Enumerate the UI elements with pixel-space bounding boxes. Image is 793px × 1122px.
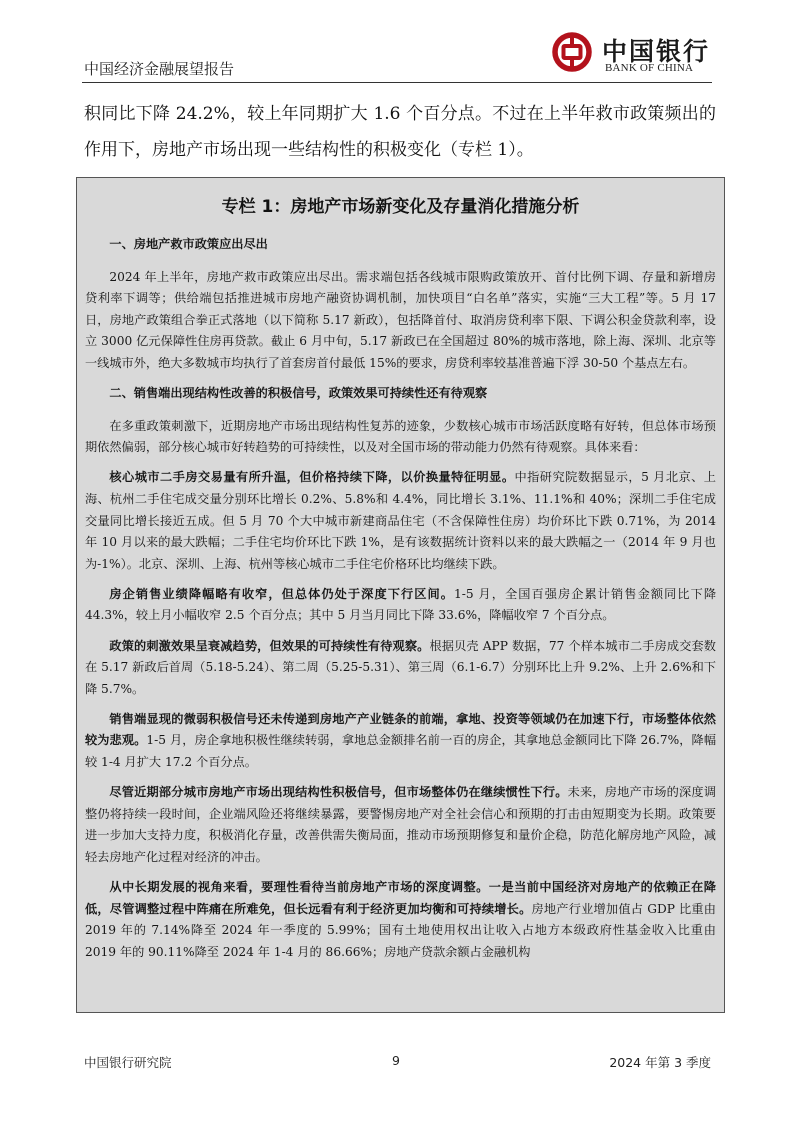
logo-english-name: BANK OF CHINA bbox=[605, 62, 693, 74]
paragraph-lead: 房企销售业绩降幅略有收窄，但总体仍处于深度下行区间。 bbox=[109, 587, 454, 601]
bank-of-china-logo-icon bbox=[552, 32, 592, 72]
header-divider bbox=[82, 82, 712, 83]
paragraph: 销售端显现的微弱积极信号还未传递到房地产产业链条的前端，拿地、投资等领域仍在加速… bbox=[85, 709, 716, 774]
section-heading-1: 一、房地产救市政策应出尽出 bbox=[85, 234, 716, 256]
paragraph: 在多重政策刺激下，近期房地产市场出现结构性复苏的迹象，少数核心城市市场活跃度略有… bbox=[85, 416, 716, 459]
intro-text: 积同比下降 24.2%，较上年同期扩大 1.6 个百分点。不过在上半年救市政策频… bbox=[84, 96, 716, 168]
paragraph: 核心城市二手房交易量有所升温，但价格持续下降，以价换量特征明显。中指研究院数据显… bbox=[85, 467, 716, 575]
paragraph-lead: 尽管近期部分城市房地产市场出现结构性积极信号，但市场整体仍在继续惯性下行。 bbox=[109, 785, 567, 799]
paragraph-lead: 核心城市二手房交易量有所升温，但价格持续下降，以价换量特征明显。 bbox=[109, 470, 514, 484]
paragraph: 2024 年上半年，房地产救市政策应出尽出。需求端包括各线城市限购政策放开、首付… bbox=[85, 267, 716, 375]
paragraph-body: 中指研究院数据显示，5 月北京、上海、杭州二手住宅成交量分别环比增长 0.2%、… bbox=[85, 470, 716, 570]
box-title: 专栏 1：房地产市场新变化及存量消化措施分析 bbox=[77, 192, 724, 217]
paragraph-body: 1-5 月，房企拿地积极性继续转弱，拿地总金额排名前一百的房企，其拿地总金额同比… bbox=[85, 733, 716, 769]
paragraph: 房企销售业绩降幅略有收窄，但总体仍处于深度下行区间。1-5 月，全国百强房企累计… bbox=[85, 584, 716, 627]
sidebar-box-column-1: 专栏 1：房地产市场新变化及存量消化措施分析 一、房地产救市政策应出尽出 202… bbox=[76, 177, 725, 1013]
bank-logo: 中国银行 BANK OF CHINA bbox=[552, 30, 712, 80]
footer-publisher: 中国银行研究院 bbox=[84, 1053, 172, 1071]
paragraph-lead: 政策的刺激效果呈衰减趋势，但效果的可持续性有待观察。 bbox=[109, 639, 429, 653]
paragraph: 尽管近期部分城市房地产市场出现结构性积极信号，但市场整体仍在继续惯性下行。未来，… bbox=[85, 782, 716, 868]
footer-period: 2024 年第 3 季度 bbox=[609, 1053, 711, 1071]
page-number: 9 bbox=[392, 1053, 400, 1068]
paragraph: 政策的刺激效果呈衰减趋势，但效果的可持续性有待观察。根据贝壳 APP 数据，77… bbox=[85, 636, 716, 701]
box-body: 一、房地产救市政策应出尽出 2024 年上半年，房地产救市政策应出尽出。需求端包… bbox=[85, 234, 716, 972]
section-heading-2: 二、销售端出现结构性改善的积极信号，政策效果可持续性还有待观察 bbox=[85, 383, 716, 405]
intro-paragraph: 积同比下降 24.2%，较上年同期扩大 1.6 个百分点。不过在上半年救市政策频… bbox=[84, 96, 716, 168]
paragraph: 从中长期发展的视角来看，要理性看待当前房地产市场的深度调整。一是当前中国经济对房… bbox=[85, 877, 716, 963]
report-title: 中国经济金融展望报告 bbox=[84, 58, 234, 79]
